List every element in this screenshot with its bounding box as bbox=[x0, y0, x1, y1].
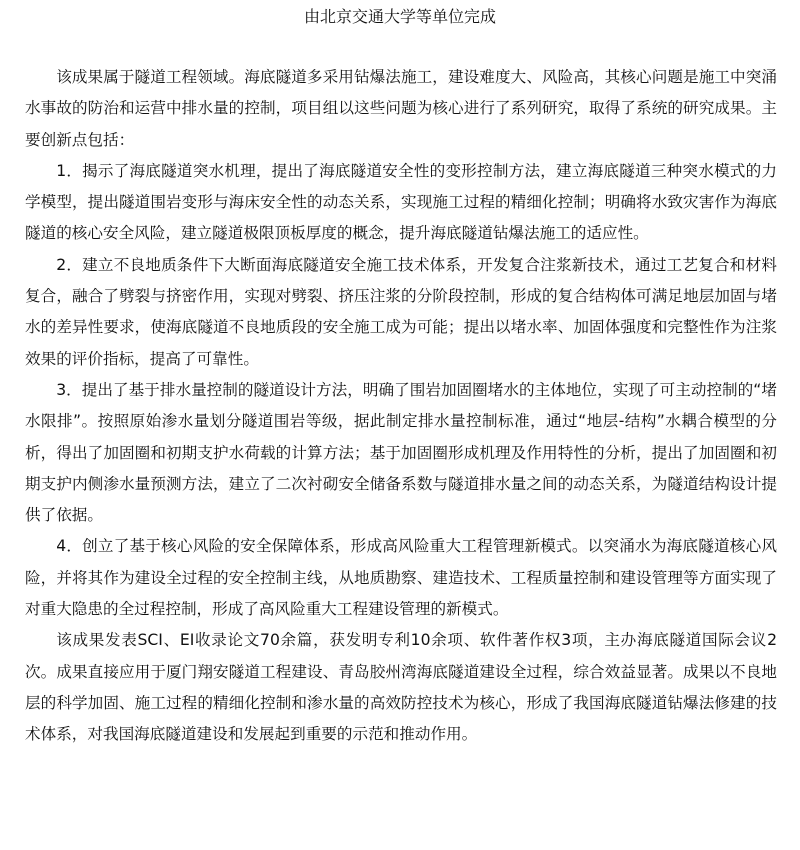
paragraph-outcomes: 该成果发表SCI、EI收录论文70余篇，获发明专利10余项、软件著作权3项，主办… bbox=[25, 625, 777, 750]
document-body: 该成果属于隧道工程领域。海底隧道多采用钻爆法施工，建设难度大、风险高，其核心问题… bbox=[25, 62, 777, 751]
paragraph-innovation-2: 2．建立不良地质条件下大断面海底隧道安全施工技术体系，开发复合注浆新技术，通过工… bbox=[25, 250, 777, 375]
document-title: 由北京交通大学等单位完成 bbox=[0, 6, 800, 28]
paragraph-innovation-3: 3．提出了基于排水量控制的隧道设计方法，明确了围岩加固圈堵水的主体地位，实现了可… bbox=[25, 375, 777, 531]
paragraph-intro: 该成果属于隧道工程领域。海底隧道多采用钻爆法施工，建设难度大、风险高，其核心问题… bbox=[25, 62, 777, 156]
paragraph-innovation-1: 1．揭示了海底隧道突水机理，提出了海底隧道安全性的变形控制方法，建立海底隧道三种… bbox=[25, 156, 777, 250]
paragraph-innovation-4: 4．创立了基于核心风险的安全保障体系，形成高风险重大工程管理新模式。以突涌水为海… bbox=[25, 531, 777, 625]
document-page: 由北京交通大学等单位完成 该成果属于隧道工程领域。海底隧道多采用钻爆法施工，建设… bbox=[0, 0, 800, 850]
